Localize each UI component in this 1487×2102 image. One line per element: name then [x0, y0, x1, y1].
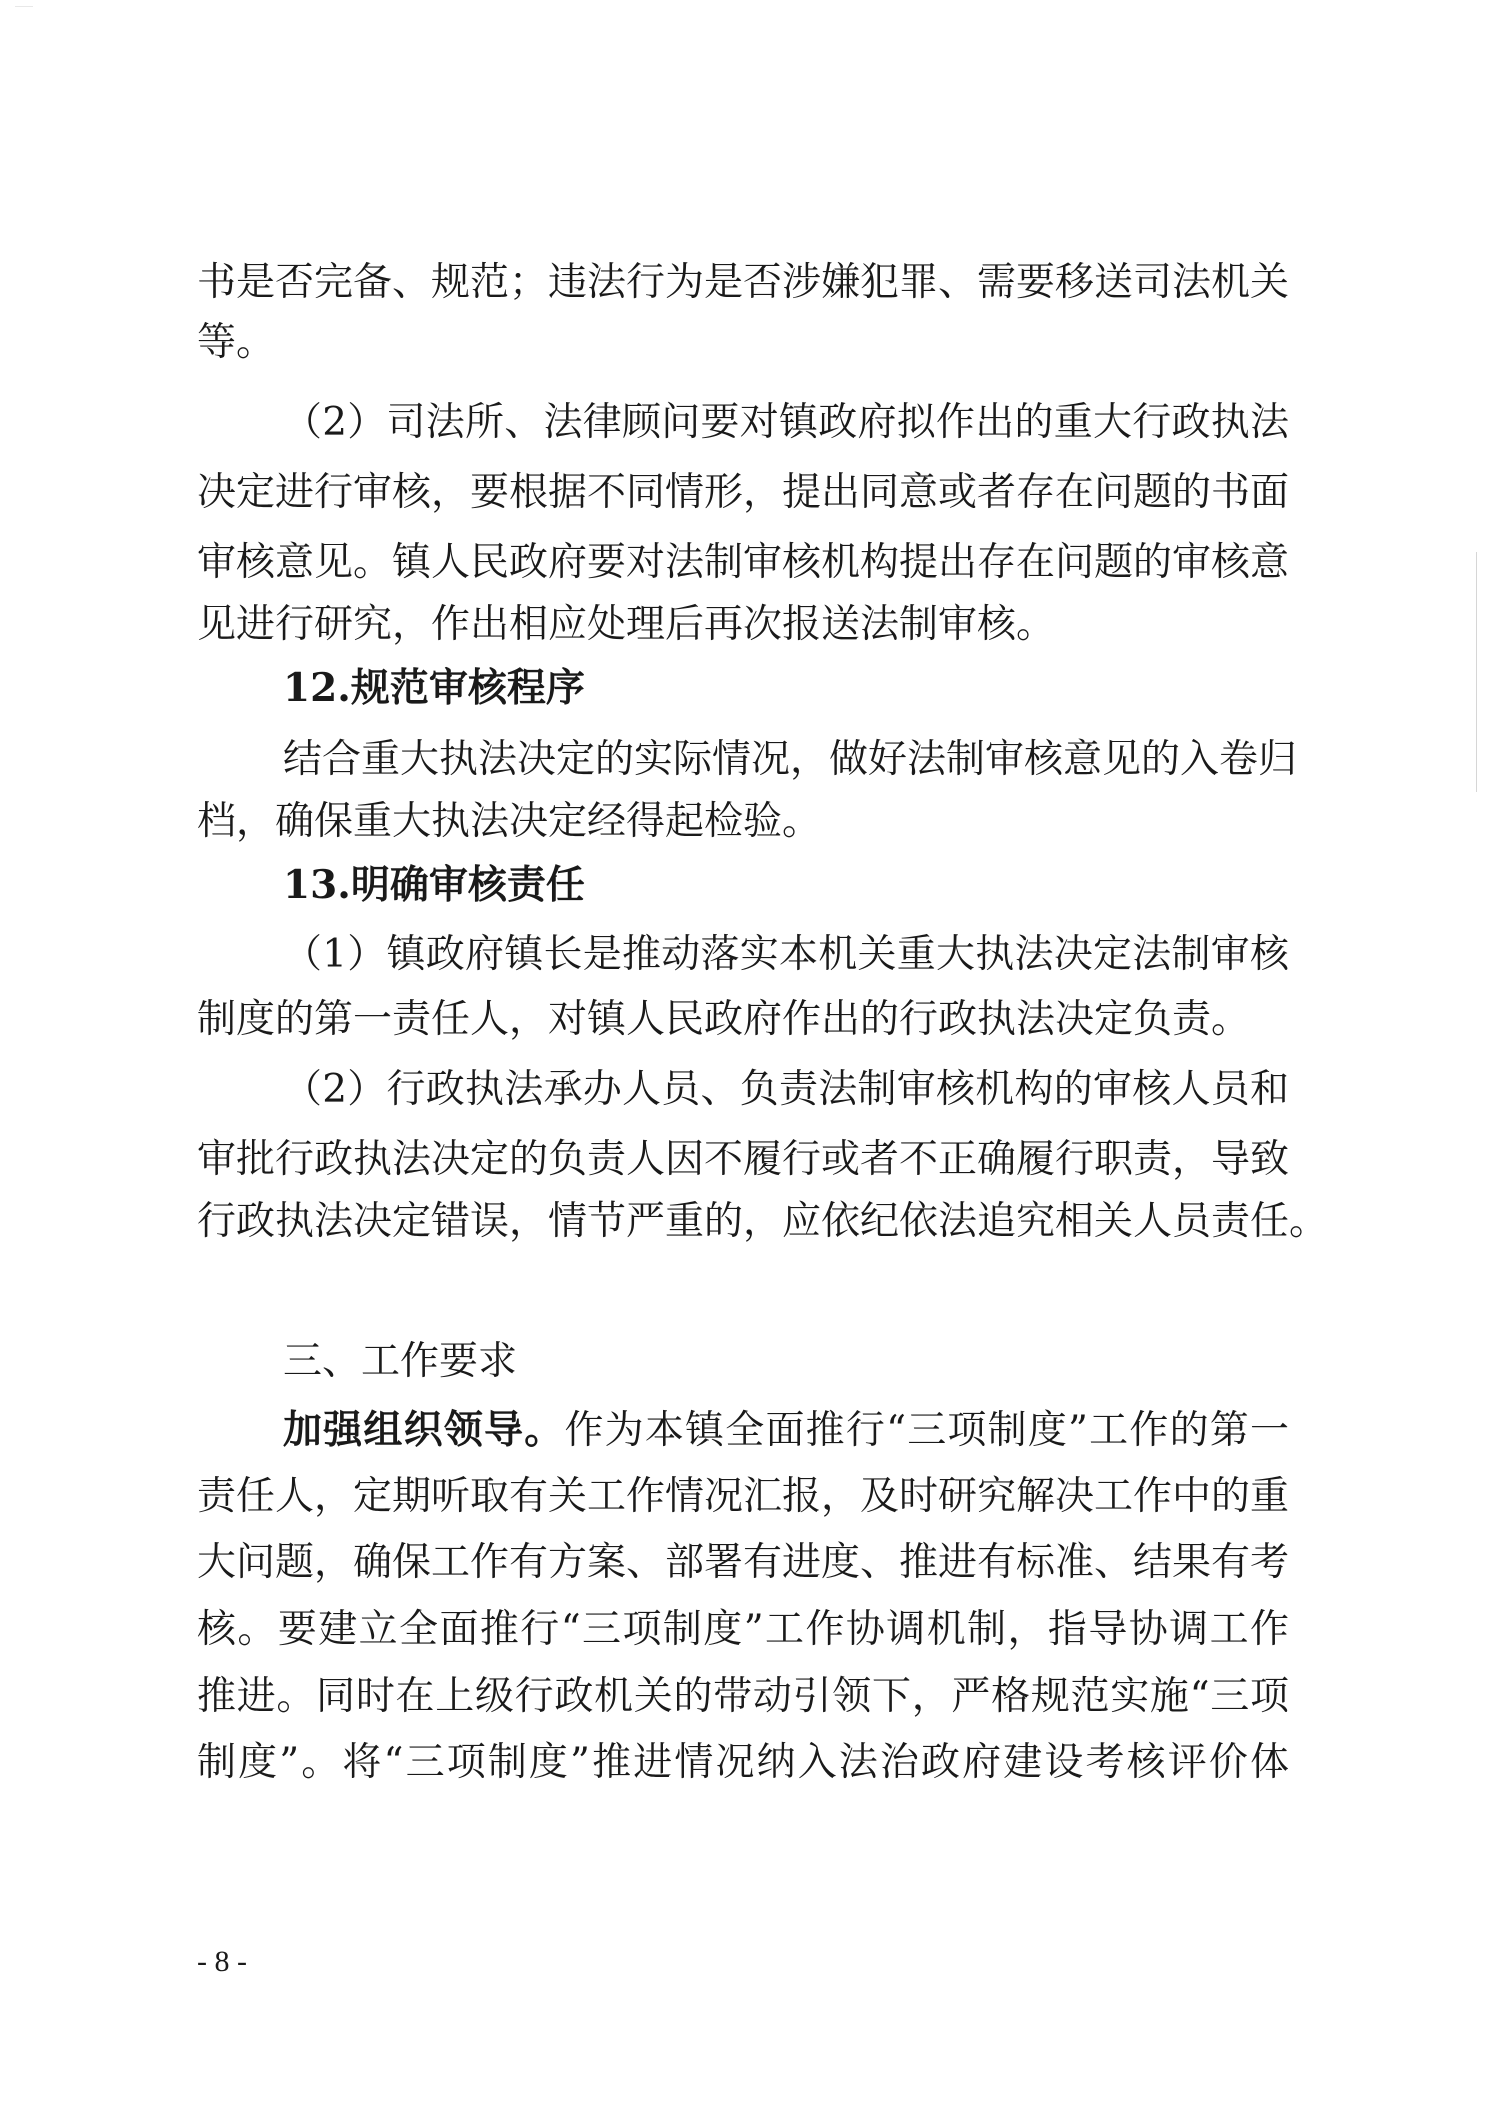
paragraph-line: 见进行研究，作出相应处理后再次报送法制审核。	[197, 601, 1289, 649]
paragraph-line: 行政执法决定错误，情节严重的，应依纪依法追究相关人员责任。	[197, 1198, 1289, 1246]
paragraph-line: 责任人，定期听取有关工作情况汇报，及时研究解决工作中的重	[197, 1473, 1289, 1521]
paragraph-line: 制度的第一责任人，对镇人民政府作出的行政执法决定负责。	[197, 996, 1289, 1044]
scan-edge-line	[1476, 552, 1477, 792]
paragraph-line: （2）司法所、法律顾问要对镇政府拟作出的重大行政执法	[283, 399, 1289, 447]
scan-artifact	[15, 0, 33, 7]
paragraph-line: （1）镇政府镇长是推动落实本机关重大执法决定法制审核	[283, 931, 1289, 979]
paragraph-line: 决定进行审核，要根据不同情形，提出同意或者存在问题的书面	[197, 469, 1289, 517]
paragraph-line: 核。要建立全面推行“三项制度”工作协调机制，指导协调工作	[197, 1606, 1289, 1654]
page-number: - 8 -	[197, 1945, 247, 1979]
paragraph-line: 档，确保重大执法决定经得起检验。	[197, 798, 1289, 846]
paragraph-line: 结合重大执法决定的实际情况，做好法制审核意见的入卷归	[283, 736, 1289, 784]
section-heading-3: 三、工作要求	[283, 1338, 1289, 1386]
bold-lead-phrase: 加强组织领导。	[283, 1407, 564, 1453]
paragraph-line: （2）行政执法承办人员、负责法制审核机构的审核人员和	[283, 1066, 1289, 1114]
paragraph-text: 作为本镇全面推行“三项制度”工作的第一	[564, 1408, 1289, 1453]
document-page: 书是否完备、规范；违法行为是否涉嫌犯罪、需要移送司法机关 等。 （2）司法所、法…	[0, 0, 1487, 2102]
paragraph-line: 推进。同时在上级行政机关的带动引领下，严格规范实施“三项	[197, 1673, 1289, 1721]
subheading-12: 12.规范审核程序	[283, 664, 1289, 712]
paragraph-line: 制度”。将“三项制度”推进情况纳入法治政府建设考核评价体	[197, 1739, 1289, 1787]
subheading-13: 13.明确审核责任	[283, 861, 1289, 909]
paragraph-line: 书是否完备、规范；违法行为是否涉嫌犯罪、需要移送司法机关	[197, 259, 1289, 307]
paragraph-line-lead: 加强组织领导。作为本镇全面推行“三项制度”工作的第一	[283, 1406, 1289, 1454]
paragraph-line: 审批行政执法决定的负责人因不履行或者不正确履行职责，导致	[197, 1136, 1289, 1184]
paragraph-line: 大问题，确保工作有方案、部署有进度、推进有标准、结果有考	[197, 1539, 1289, 1587]
paragraph-line: 审核意见。镇人民政府要对法制审核机构提出存在问题的审核意	[197, 539, 1289, 587]
paragraph-line: 等。	[197, 319, 1289, 367]
